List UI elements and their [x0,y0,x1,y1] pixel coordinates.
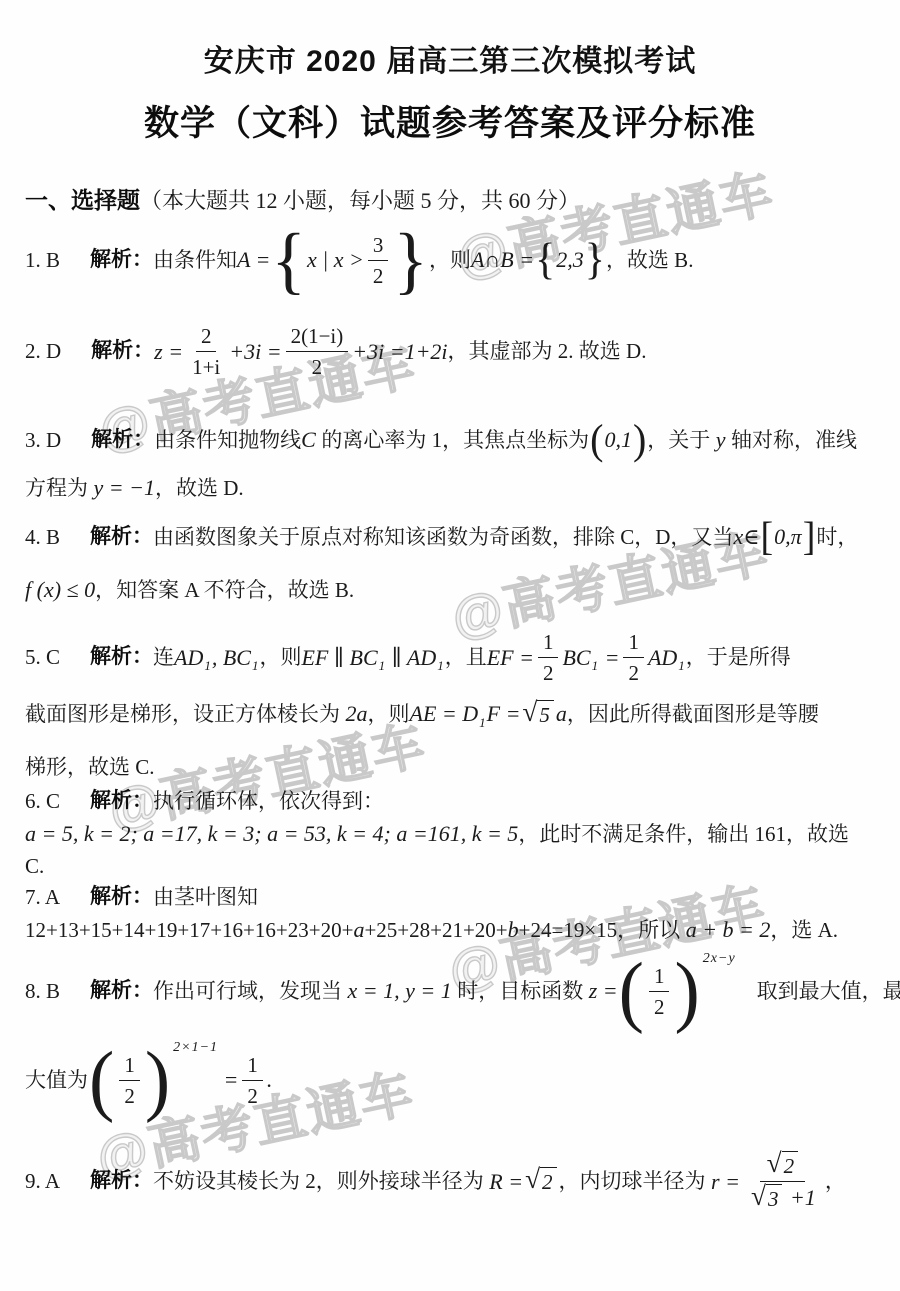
analysis-label: 解析： [91,338,154,364]
section-heading: 一、选择题（本大题共 12 小题，每小题 5 分，共 60 分） [25,182,580,215]
question-6-line-1: 6. C解析：执行循环体，依次得到： [25,788,384,814]
question-6-line-2: a = 5, k = 2; a =17, k = 3; a = 53, k = … [25,820,849,848]
text-run: ，关于 [647,427,710,453]
analysis-label: 解析： [90,524,153,550]
question-9-line-1: 9. A解析：不妨设其棱长为 2，则外接球半径为 R =√2，内切球半径为 r … [25,1150,846,1213]
fraction: 12 [119,1051,140,1110]
math-run: 2 [628,660,639,686]
math-run: 1 [124,1052,135,1078]
math-run: 2,3 [556,246,584,274]
math-run: x = 1, y = 1 [342,977,457,1005]
question-number-answer: 7. A [25,884,60,910]
big-delimiter: } [393,222,428,298]
fraction-denominator: 1+i [187,352,225,380]
math-subscript: 1 [479,715,486,731]
big-delimiter: { [535,238,555,282]
math-run: EF = [487,644,534,672]
radical-sign-icon: √ [767,1151,782,1176]
analysis-label: 解析： [90,247,153,273]
square-root: √3 [751,1184,782,1212]
text-run: 取到最大值，最 [736,978,900,1004]
fraction-denominator: 2 [242,1081,263,1109]
text-run: 由函数图象关于原点对称知该函数为奇函数，排除 C，D，又当 [153,524,733,550]
big-delimiter: { [271,222,306,298]
math-run: , BC [212,644,251,672]
fraction-numerator: 1 [623,628,644,658]
math-run: 3 [768,1187,779,1211]
math-run: a [556,700,567,728]
math-run: 2 [247,1083,258,1109]
fraction-numerator: 1 [119,1051,140,1081]
math-superscript: 2x−y [703,950,736,968]
square-root: √5 [522,700,553,728]
math-run: a + b = 2 [680,916,770,944]
big-delimiter: ( [590,419,603,461]
text-run: ，选 A. [770,917,838,943]
fraction: 2(1−i)2 [286,322,349,381]
text-run: C. [25,853,44,879]
fraction-numerator: 3 [368,231,389,261]
math-run: y [710,426,731,454]
text-run: 12+13+15+14+19+17+16+16+23+20+ [25,917,353,943]
fraction-denominator: √3 +1 [744,1182,821,1212]
text-run: ， [825,1168,846,1194]
text-run: ，故选 B. [606,247,694,273]
text-run: 连 [153,644,174,670]
big-delimiter: ) [674,951,699,1031]
fraction-numerator: √2 [760,1150,805,1182]
math-run: BC [562,644,590,672]
math-run: 5 [539,703,550,727]
math-run: +3i =1+2i [352,338,447,366]
math-subscript: 1 [678,658,685,674]
fraction: 12 [623,628,644,687]
question-number-answer: 9. A [25,1168,60,1194]
math-run: A∩B = [471,246,534,274]
fraction-numerator: 1 [538,628,559,658]
analysis-label: 解析： [90,884,153,910]
math-run: 2 [201,323,212,349]
math-run: A = [237,246,270,274]
text-run: 由茎叶图知 [153,884,258,910]
math-run: +1 [784,1184,815,1212]
math-run: 2 [312,354,323,380]
question-5-line-2: 截面图形是梯形，设正方体棱长为 2a，则AE = D1F =√5a，因此所得截面… [25,700,819,728]
fraction-denominator: 2 [368,261,389,289]
question-4-line-2: f (x) ≤ 0，知答案 A 不符合，故选 B. [25,576,354,604]
math-run: 2a [340,700,368,728]
text-run: 大值为 [25,1067,88,1093]
math-subscript: 1 [437,658,444,674]
fraction-denominator: 2 [307,352,328,380]
math-subscript: 1 [592,658,599,674]
text-run: ，因此所得截面图形是等腰 [567,701,819,727]
radicand: 5 [537,700,554,728]
text-run: 由条件知抛物线 [154,427,301,453]
question-number-answer: 8. B [25,978,60,1004]
analysis-label: 解析： [90,1168,153,1194]
math-subscript: 1 [204,658,211,674]
fraction: 32 [368,231,389,290]
math-run: 1 [628,629,639,655]
math-run: = [599,644,619,672]
text-run: 由条件知 [153,247,237,273]
paper-subtitle: 数学（文科）试题参考答案及评分标准 [0,96,900,146]
question-8-line-1: 8. B解析：作出可行域，发现当 x = 1, y = 1 时，目标函数 z =… [25,953,900,1029]
big-delimiter: [ [761,517,774,557]
math-run: x | x > [307,246,364,274]
math-run: 1 [654,963,665,989]
text-run: 不妨设其棱长为 2，则外接球半径为 [153,1168,484,1194]
exam-answer-document-page: 安庆市 2020 届高三第三次模拟考试 数学（文科）试题参考答案及评分标准 一、… [0,0,900,1291]
big-delimiter: ( [89,1040,114,1120]
analysis-label: 解析： [90,978,153,1004]
question-number-answer: 6. C [25,788,60,814]
math-run: = [218,1066,238,1094]
math-run: 0,π [774,523,802,551]
math-run: R = [484,1168,523,1196]
fraction-denominator: 2 [538,658,559,686]
math-run: AD [648,644,677,672]
analysis-label: 解析： [90,788,153,814]
text-run: 执行循环体，依次得到： [153,788,384,814]
text-run: 时，目标函数 [457,978,583,1004]
question-4-line-1: 4. B解析：由函数图象关于原点对称知该函数为奇函数，排除 C，D，又当x∈[0… [25,518,858,556]
math-run: y = −1 [88,474,155,502]
big-delimiter: } [585,238,605,282]
math-subscript: 1 [379,658,386,674]
text-run: ，故选 D. [155,475,244,501]
question-7-line-2: 12+13+15+14+19+17+16+16+23+20+a+25+28+21… [25,916,838,944]
section-heading-bold: 一、选择题 [25,187,140,213]
question-5-line-3: 梯形，故选 C. [25,754,155,780]
math-run: . [267,1066,273,1094]
math-run: EF ∥ BC [301,644,377,672]
math-run: 1 [247,1052,258,1078]
text-run: ，且 [445,644,487,670]
fraction-denominator: 2 [119,1081,140,1109]
math-run: AD [174,644,203,672]
text-run: ，知答案 A 不符合，故选 B. [95,577,354,603]
math-run: z = [154,338,183,366]
question-8-line-2: 大值为(12)2×1−1 =12. [25,1042,272,1118]
math-run: 2 [543,660,554,686]
math-run: 2(1−i) [291,323,344,349]
fraction-numerator: 1 [649,962,670,992]
question-3-line-1: 3. D解析：由条件知抛物线C 的离心率为 1，其焦点坐标为(0,1)，关于 y… [25,420,857,460]
section-heading-detail: （本大题共 12 小题，每小题 5 分，共 60 分） [140,188,580,213]
question-2-line-1: 2. D解析：z =21+i+3i =2(1−i)2+3i =1+2i，其虚部为… [25,322,646,381]
question-number-answer: 4. B [25,524,60,550]
question-number-answer: 2. D [25,338,61,364]
question-number-answer: 1. B [25,247,60,273]
math-run: 1 [543,629,554,655]
question-3-line-2: 方程为 y = −1，故选 D. [25,474,244,502]
text-run: ，则 [259,644,301,670]
text-run: 梯形，故选 C. [25,754,155,780]
text-run: ，内切球半径为 [559,1168,706,1194]
math-run: 3 [373,232,384,258]
fraction-denominator: 2 [649,992,670,1020]
math-run: AE = D [410,700,479,728]
math-run: 0,1 [604,426,632,454]
question-6-line-3: C. [25,853,44,879]
math-run: f (x) ≤ 0 [25,576,95,604]
radical-sign-icon: √ [525,1167,540,1192]
question-number-answer: 5. C [25,644,60,670]
fraction-denominator: 2 [623,658,644,686]
radicand: 3 [766,1184,783,1212]
math-run: a [353,916,364,944]
math-run: b [508,916,519,944]
radical-sign-icon: √ [751,1184,766,1209]
question-5-line-1: 5. C解析：连AD1, BC1，则EF ∥ BC1 ∥ AD1，且EF =12… [25,628,791,687]
math-run: 2 [373,263,384,289]
math-run: 2 [124,1083,135,1109]
fraction: 12 [649,962,670,1021]
square-root: √2 [767,1151,798,1179]
big-delimiter: ( [619,951,644,1031]
math-subscript: 1 [252,658,259,674]
math-run: z = [583,977,617,1005]
text-run: 轴对称，准线 [731,427,857,453]
math-superscript: 2×1−1 [173,1039,218,1057]
text-run: ，此时不满足条件，输出 161，故选 [518,821,849,847]
text-run: +25+28+21+20+ [364,917,507,943]
radicand: 2 [540,1167,557,1195]
fraction-numerator: 2(1−i) [286,322,349,352]
math-run: a = 5, k = 2; a =17, k = 3; a = 53, k = … [25,820,518,848]
radicand: 2 [782,1151,799,1179]
math-run: +3i = [229,338,281,366]
math-run: C [301,426,321,454]
fraction: √2√3 +1 [744,1150,821,1213]
text-run: 截面图形是梯形，设正方体棱长为 [25,701,340,727]
fraction-numerator: 2 [196,322,217,352]
math-run: 1+i [192,354,220,380]
text-run: 作出可行域，发现当 [153,978,342,1004]
big-delimiter: ) [633,419,646,461]
text-run: ，于是所得 [686,644,791,670]
math-run: ∥ AD [386,644,436,672]
text-run: ，则 [429,247,471,273]
text-run: 的离心率为 1，其焦点坐标为 [321,427,589,453]
text-run: ，其虚部为 2. 故选 D. [448,338,647,364]
fraction: 12 [242,1051,263,1110]
square-root: √2 [525,1167,556,1195]
text-run: ，则 [368,701,410,727]
math-run: 2 [542,1170,553,1194]
fraction-numerator: 1 [242,1051,263,1081]
math-run: r = [706,1168,740,1196]
math-run: 2 [784,1154,795,1178]
exam-title: 安庆市 2020 届高三第三次模拟考试 [0,36,900,80]
question-1-line-1: 1. B解析：由条件知A ={x | x >32}，则A∩B ={2,3}，故选… [25,224,693,296]
analysis-label: 解析： [91,427,154,453]
math-run: 2 [654,994,665,1020]
math-run: x∈ [733,523,759,551]
text-run: +24=19×15，所以 [519,917,681,943]
fraction: 21+i [187,322,225,381]
text-run: 方程为 [25,475,88,501]
question-number-answer: 3. D [25,427,61,453]
big-delimiter: ] [803,517,816,557]
analysis-label: 解析： [90,644,153,670]
math-run: F = [487,700,521,728]
question-7-line-1: 7. A解析：由茎叶图知 [25,884,258,910]
fraction: 12 [538,628,559,687]
big-delimiter: ) [145,1040,170,1120]
radical-sign-icon: √ [522,700,537,725]
text-run: 时， [816,524,858,550]
